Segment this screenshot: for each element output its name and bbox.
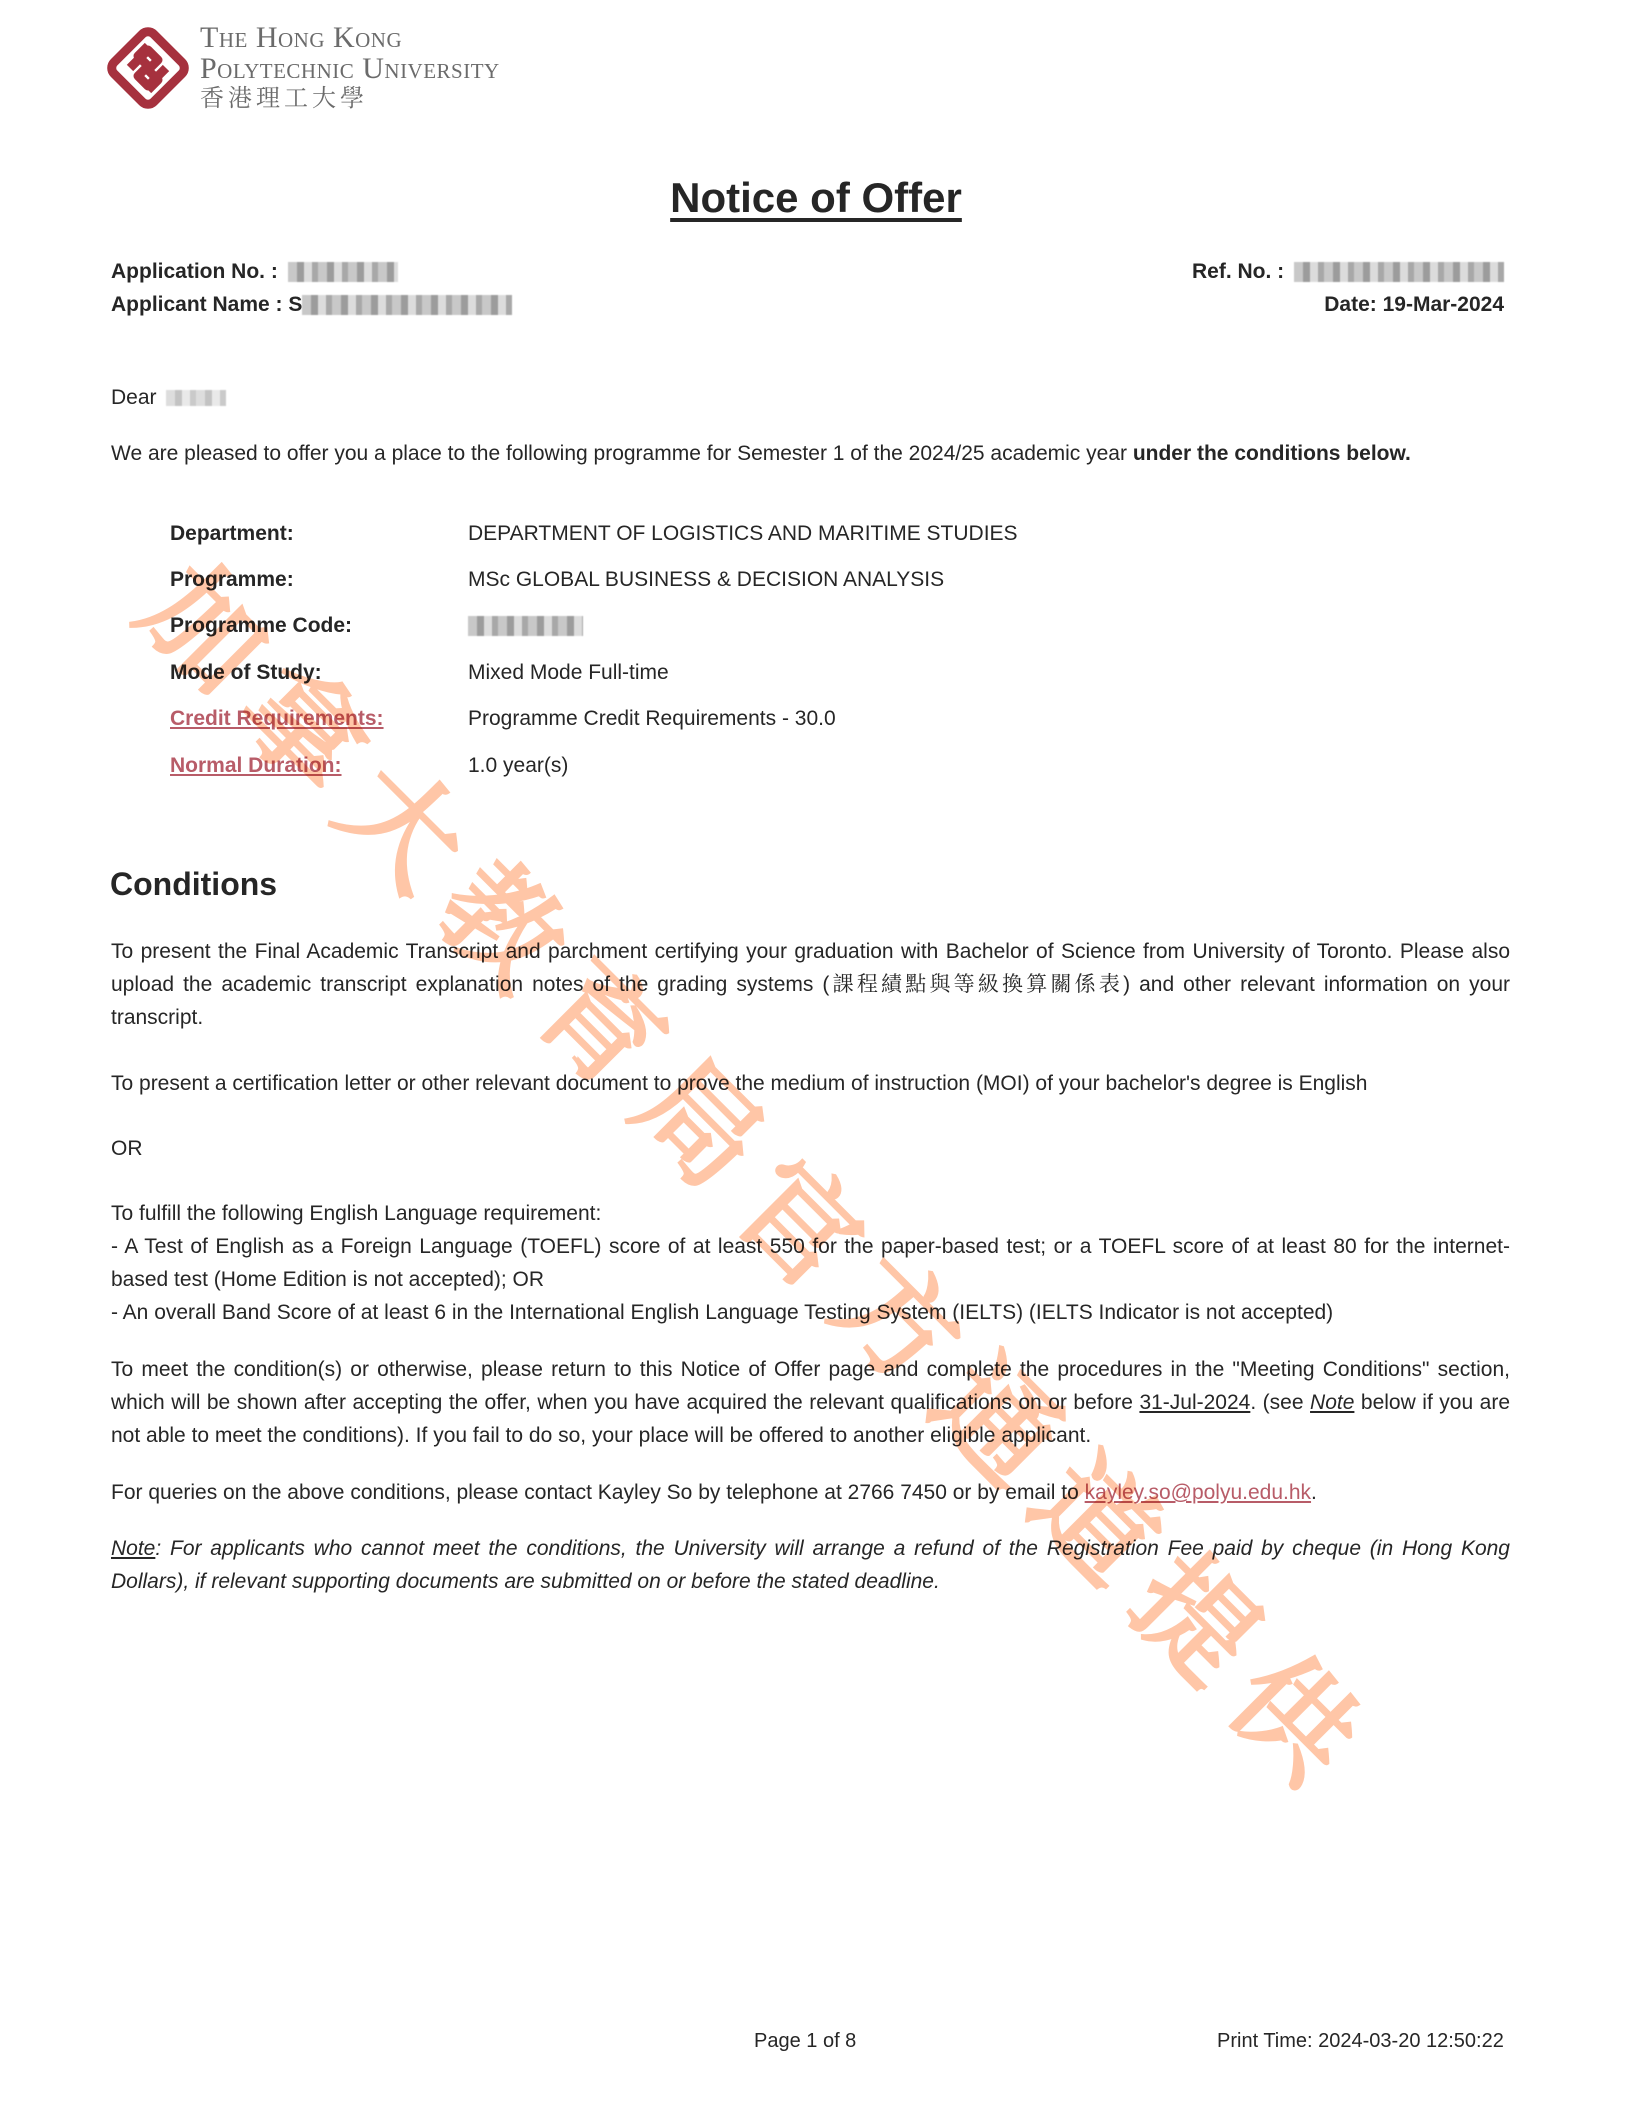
queries-text: For queries on the above conditions, ple… <box>111 1481 1085 1504</box>
info-label[interactable]: Credit Requirements: <box>170 707 460 731</box>
english-requirement-ielts: - An overall Band Score of at least 6 in… <box>111 1296 1510 1329</box>
info-label: Department: <box>170 522 460 546</box>
ref-no-redacted <box>1294 262 1504 282</box>
applicant-name-label: Applicant Name : <box>111 293 283 316</box>
print-time: Print Time: 2024-03-20 12:50:22 <box>1217 2030 1504 2053</box>
english-requirement-intro: To fulfill the following English Languag… <box>111 1197 1510 1230</box>
intro-emphasis: under the conditions below. <box>1133 442 1411 465</box>
application-no: Application No. : <box>111 260 398 284</box>
logo-university-name-line1: The Hong Kong <box>200 22 500 53</box>
application-no-redacted <box>288 262 398 282</box>
note-text: : For applicants who cannot meet the con… <box>111 1537 1510 1593</box>
polyu-logo: The Hong Kong Polytechnic University 香港理… <box>100 20 600 115</box>
info-value-redacted <box>468 614 583 638</box>
application-no-label: Application No. : <box>111 260 278 283</box>
condition-deadline: 31-Jul-2024 <box>1139 1391 1250 1414</box>
page-title: Notice of Offer <box>0 174 1632 222</box>
recipient-name-redacted <box>166 390 226 406</box>
ref-no: Ref. No. : <box>1192 260 1504 284</box>
info-label: Mode of Study: <box>170 661 460 685</box>
info-label[interactable]: Normal Duration: <box>170 754 460 778</box>
info-value: MSc GLOBAL BUSINESS & DECISION ANALYSIS <box>468 568 944 592</box>
logo-university-name-chinese: 香港理工大學 <box>200 84 500 112</box>
applicant-name-redacted <box>302 295 512 315</box>
ref-no-label: Ref. No. : <box>1192 260 1284 283</box>
conditions-heading: Conditions <box>110 866 277 903</box>
info-label: Programme Code: <box>170 614 460 638</box>
salutation-text: Dear <box>111 386 157 409</box>
info-label: Programme: <box>170 568 460 592</box>
queries-end: . <box>1311 1481 1317 1504</box>
note-reference: Note <box>1310 1391 1354 1414</box>
meet-text-2: . (see <box>1250 1391 1310 1414</box>
applicant-name-initial: S <box>288 293 302 316</box>
meeting-conditions-paragraph: To meet the condition(s) or otherwise, p… <box>111 1353 1510 1452</box>
offer-date: Date: 19-Mar-2024 <box>1324 293 1504 317</box>
condition-english: To fulfill the following English Languag… <box>111 1197 1510 1329</box>
condition-or: OR <box>111 1132 143 1165</box>
info-value: 1.0 year(s) <box>468 754 568 778</box>
salutation: Dear <box>111 381 226 414</box>
info-value: Mixed Mode Full-time <box>468 661 669 685</box>
refund-note: Note: For applicants who cannot meet the… <box>111 1532 1510 1598</box>
applicant-name: Applicant Name : S <box>111 293 512 317</box>
programme-code-redacted <box>468 616 583 636</box>
date-value: 19-Mar-2024 <box>1383 293 1504 316</box>
condition-transcript: To present the Final Academic Transcript… <box>111 935 1510 1034</box>
info-value: Programme Credit Requirements - 30.0 <box>468 707 836 731</box>
queries-paragraph: For queries on the above conditions, ple… <box>111 1476 1317 1509</box>
intro-paragraph: We are pleased to offer you a place to t… <box>111 437 1411 470</box>
english-requirement-toefl: - A Test of English as a Foreign Languag… <box>111 1230 1510 1296</box>
condition-moi: To present a certification letter or oth… <box>111 1067 1510 1100</box>
intro-text: We are pleased to offer you a place to t… <box>111 442 1133 465</box>
logo-university-name-line2: Polytechnic University <box>200 53 500 84</box>
page-number: Page 1 of 8 <box>754 2030 856 2053</box>
date-label: Date: <box>1324 293 1377 316</box>
polyu-emblem-icon <box>100 20 196 116</box>
info-value: DEPARTMENT OF LOGISTICS AND MARITIME STU… <box>468 522 1018 546</box>
contact-email-link[interactable]: kayley.so@polyu.edu.hk <box>1085 1481 1311 1504</box>
note-label: Note <box>111 1537 155 1560</box>
